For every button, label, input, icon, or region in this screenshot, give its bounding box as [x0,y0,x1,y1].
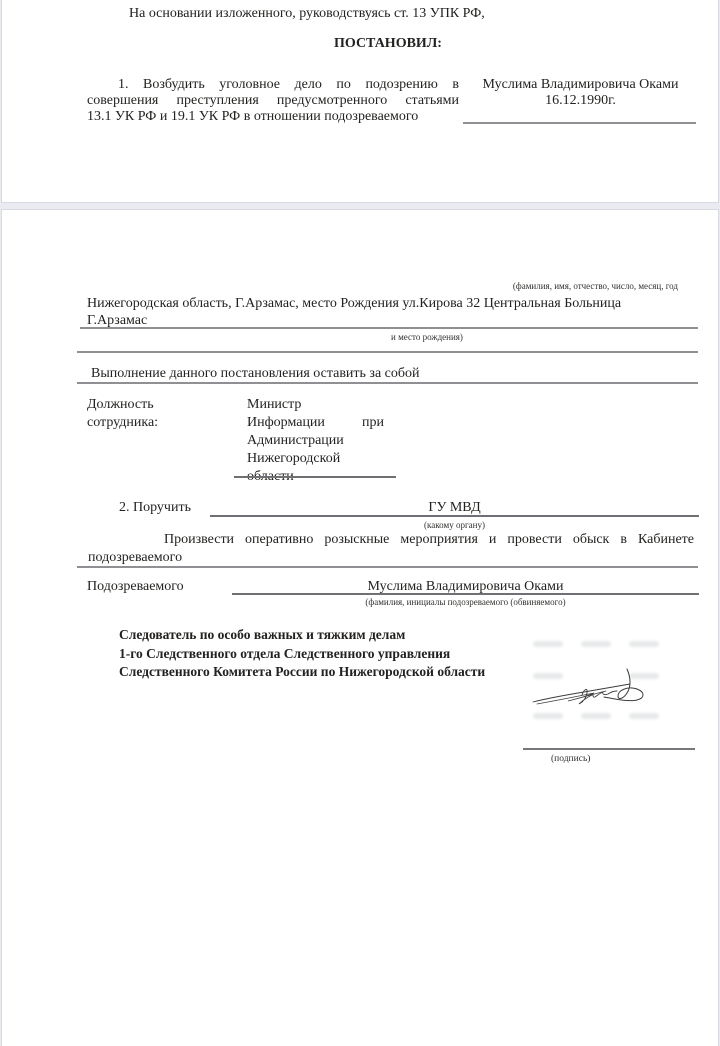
suspect-name-block: Муслима Владимировича Оками 16.12.1990г. [463,77,698,108]
investigator-title-line: Следователь по особо важных и тяжким дел… [119,626,485,645]
watermark-mark [533,713,563,719]
position-value-word: при [362,415,384,430]
watermark-mark [629,713,659,719]
document-page-1: На основании изложенного, руководствуясь… [1,0,719,203]
order-text-line2: подозреваемого [88,550,182,565]
signature-caption: (подпись) [551,754,590,764]
position-value-line: Нижегородской [247,451,384,466]
fio-field-caption-top: (фамилия, имя, отчество, число, месяц, г… [402,281,678,291]
keep-execution-underline [77,382,698,384]
suspect-field-value: Муслима Владимировича Оками [232,579,699,594]
birthplace-line-1: Нижегородская область, Г.Арзамас, место … [87,296,621,311]
watermark-mark [533,641,563,647]
organ-field-caption: (какому органу) [210,520,699,530]
investigator-title-line: 1-го Следственного отдела Следственного … [119,645,485,664]
keep-execution-line: Выполнение данного постановления оставит… [91,366,420,381]
signature-scribble [528,663,662,713]
clause1-paragraph: 1. Возбудить уголовное дело по подозрени… [87,77,459,124]
clause2-underline [210,515,699,517]
suspect-field-underline [232,593,699,595]
suspect-field-caption: (фамилия, инициалы подозреваемого (обвин… [232,597,699,607]
clause2-label: 2. Поручить [119,500,191,515]
position-value-underline [234,476,396,478]
resolution-heading: ПОСТАНОВИЛ: [334,36,442,51]
position-label-line2: сотрудника: [87,415,158,430]
signature-line [523,748,695,750]
birthplace-line-2: Г.Арзамас [87,313,147,328]
clause2-value: ГУ МВД [210,500,699,515]
position-value-line: Министр [247,397,384,412]
watermark-mark [581,641,611,647]
clause1-line: совершения преступления предусмотренного… [87,93,459,108]
birthplace-underline [80,327,698,329]
order-underline [77,566,698,568]
suspect-name: Муслима Владимировича Оками [463,77,698,92]
position-value-line: Информации при [247,415,384,430]
suspect-name-underline [463,122,696,124]
watermark-mark [629,641,659,647]
investigator-title-line: Следственного Комитета России по Нижегор… [119,663,485,682]
position-value-word: Информации [247,415,325,430]
suspect-field-label: Подозреваемого [87,579,184,594]
fio-field-caption-bottom: и место рождения) [302,332,552,342]
position-value-block: Министр Информации при Администрации Ниж… [247,397,384,484]
empty-field-line [77,351,698,353]
clause1-line: 13.1 УК РФ и 19.1 УК РФ в отношении подо… [87,109,459,124]
position-label-line1: Должность [87,397,154,412]
intro-line: На основании изложенного, руководствуясь… [129,6,485,21]
document-viewer-canvas: { "colors": { "canvas_background": "#e9e… [0,0,720,1046]
order-text-line1: Произвести оперативно розыскные мероприя… [88,532,694,547]
position-value-line: Администрации [247,433,384,448]
document-page-2: (фамилия, имя, отчество, число, месяц, г… [1,209,719,1046]
investigator-title-block: Следователь по особо важных и тяжким дел… [119,626,485,682]
clause1-line: 1. Возбудить уголовное дело по подозрени… [87,77,459,92]
suspect-birthdate: 16.12.1990г. [463,93,698,108]
watermark-mark [581,713,611,719]
